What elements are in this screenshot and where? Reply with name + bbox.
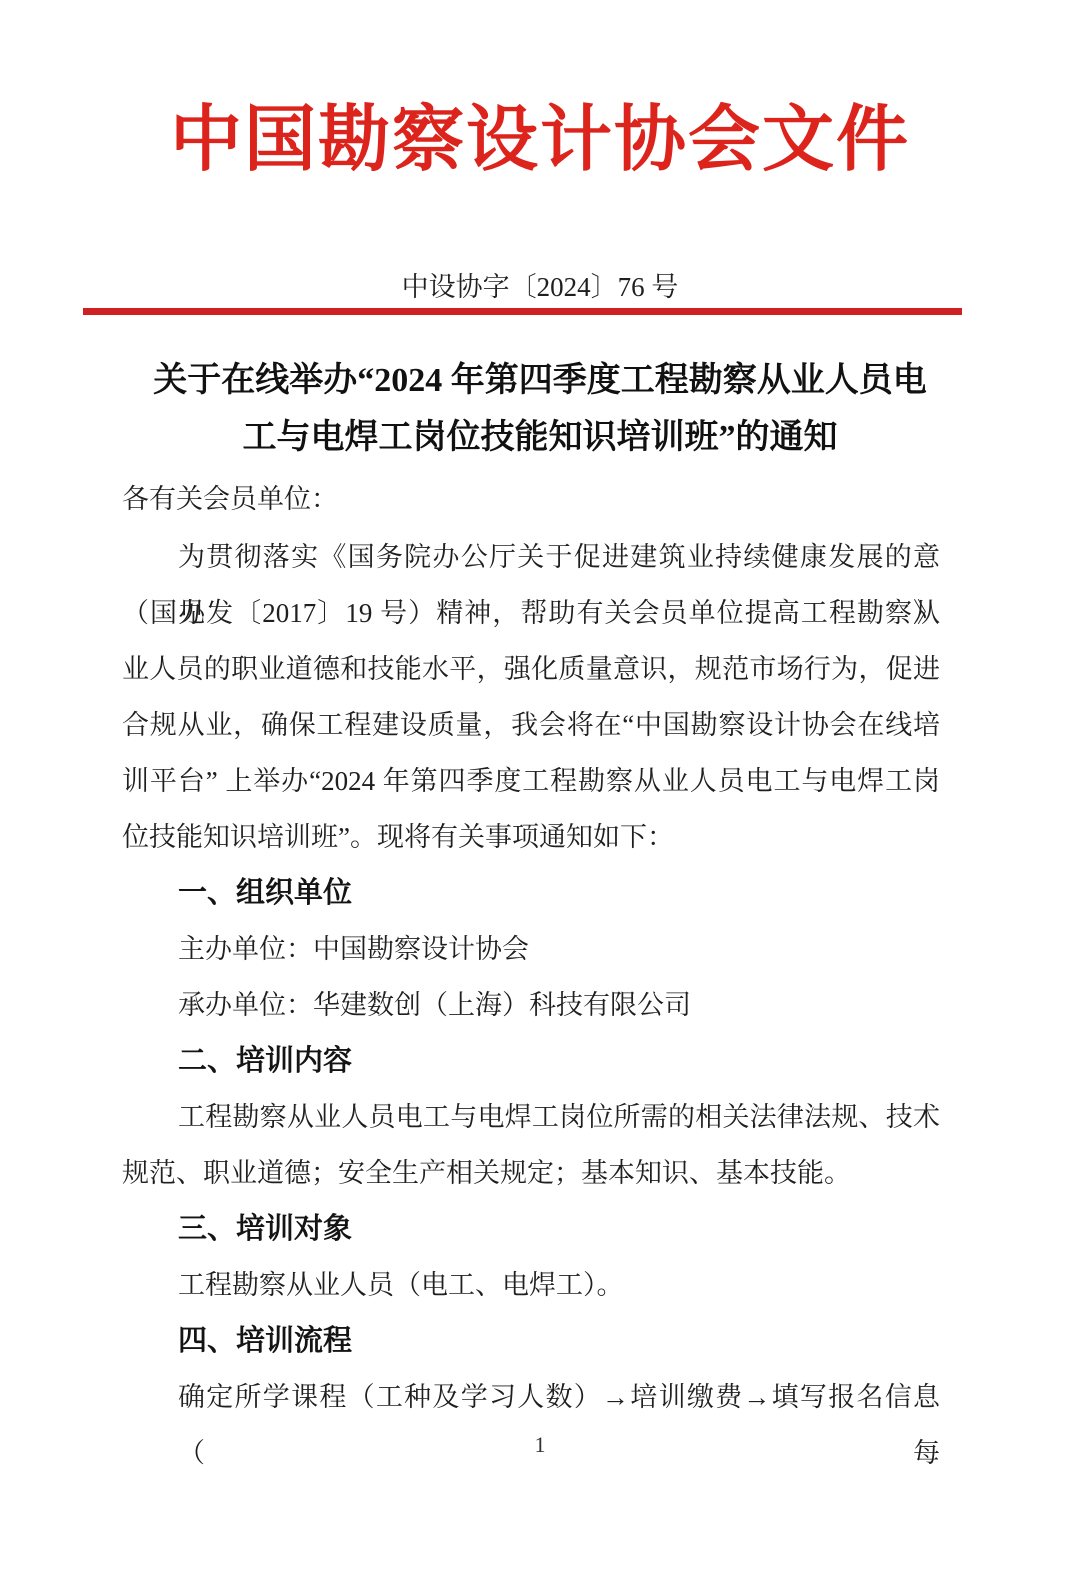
body-line: 业人员的职业道德和技能水平，强化质量意识，规范市场行为，促进 xyxy=(122,641,940,697)
salutation: 各有关会员单位： xyxy=(122,471,940,527)
document-body: 为贯彻落实《国务院办公厅关于促进建筑业持续健康发展的意见》（国办发〔2017〕1… xyxy=(122,529,940,1425)
section-heading: 三、培训对象 xyxy=(122,1201,940,1257)
section-heading: 一、组织单位 xyxy=(122,865,940,921)
body-line: 工程勘察从业人员电工与电焊工岗位所需的相关法律法规、技术 xyxy=(122,1089,940,1145)
body-line: 承办单位：华建数创（上海）科技有限公司 xyxy=(122,977,940,1033)
section-heading: 二、培训内容 xyxy=(122,1033,940,1089)
doc-number: 中设协字〔2024〕76 号 xyxy=(0,270,1080,304)
body-line: 训平台” 上举办“2024 年第四季度工程勘察从业人员电工与电焊工岗 xyxy=(122,753,940,809)
body-line: 规范、职业道德；安全生产相关规定；基本知识、基本技能。 xyxy=(122,1145,940,1201)
red-rule-divider xyxy=(83,308,962,315)
document-page: 中国勘察设计协会文件 中设协字〔2024〕76 号 关于在线举办“2024 年第… xyxy=(0,0,1080,1575)
body-line: 主办单位：中国勘察设计协会 xyxy=(122,921,940,977)
page-number: 1 xyxy=(0,1430,1080,1460)
document-title-line: 关于在线举办“2024 年第四季度工程勘察从业人员电 xyxy=(90,352,990,409)
document-title: 关于在线举办“2024 年第四季度工程勘察从业人员电工与电焊工岗位技能知识培训班… xyxy=(90,352,990,466)
body-line: 工程勘察从业人员（电工、电焊工）。 xyxy=(122,1257,940,1313)
red-header-title: 中国勘察设计协会文件 xyxy=(0,96,1080,184)
section-heading: 四、培训流程 xyxy=(122,1313,940,1369)
body-line: 合规从业，确保工程建设质量，我会将在“中国勘察设计协会在线培 xyxy=(122,697,940,753)
body-line: 确定所学课程（工种及学习人数）→培训缴费→填写报名信息（每 xyxy=(122,1369,940,1425)
body-line: （国办发〔2017〕19 号）精神，帮助有关会员单位提高工程勘察从 xyxy=(122,585,940,641)
body-line: 为贯彻落实《国务院办公厅关于促进建筑业持续健康发展的意见》 xyxy=(122,529,940,585)
document-title-line: 工与电焊工岗位技能知识培训班”的通知 xyxy=(90,409,990,466)
body-line: 位技能知识培训班”。现将有关事项通知如下： xyxy=(122,809,940,865)
